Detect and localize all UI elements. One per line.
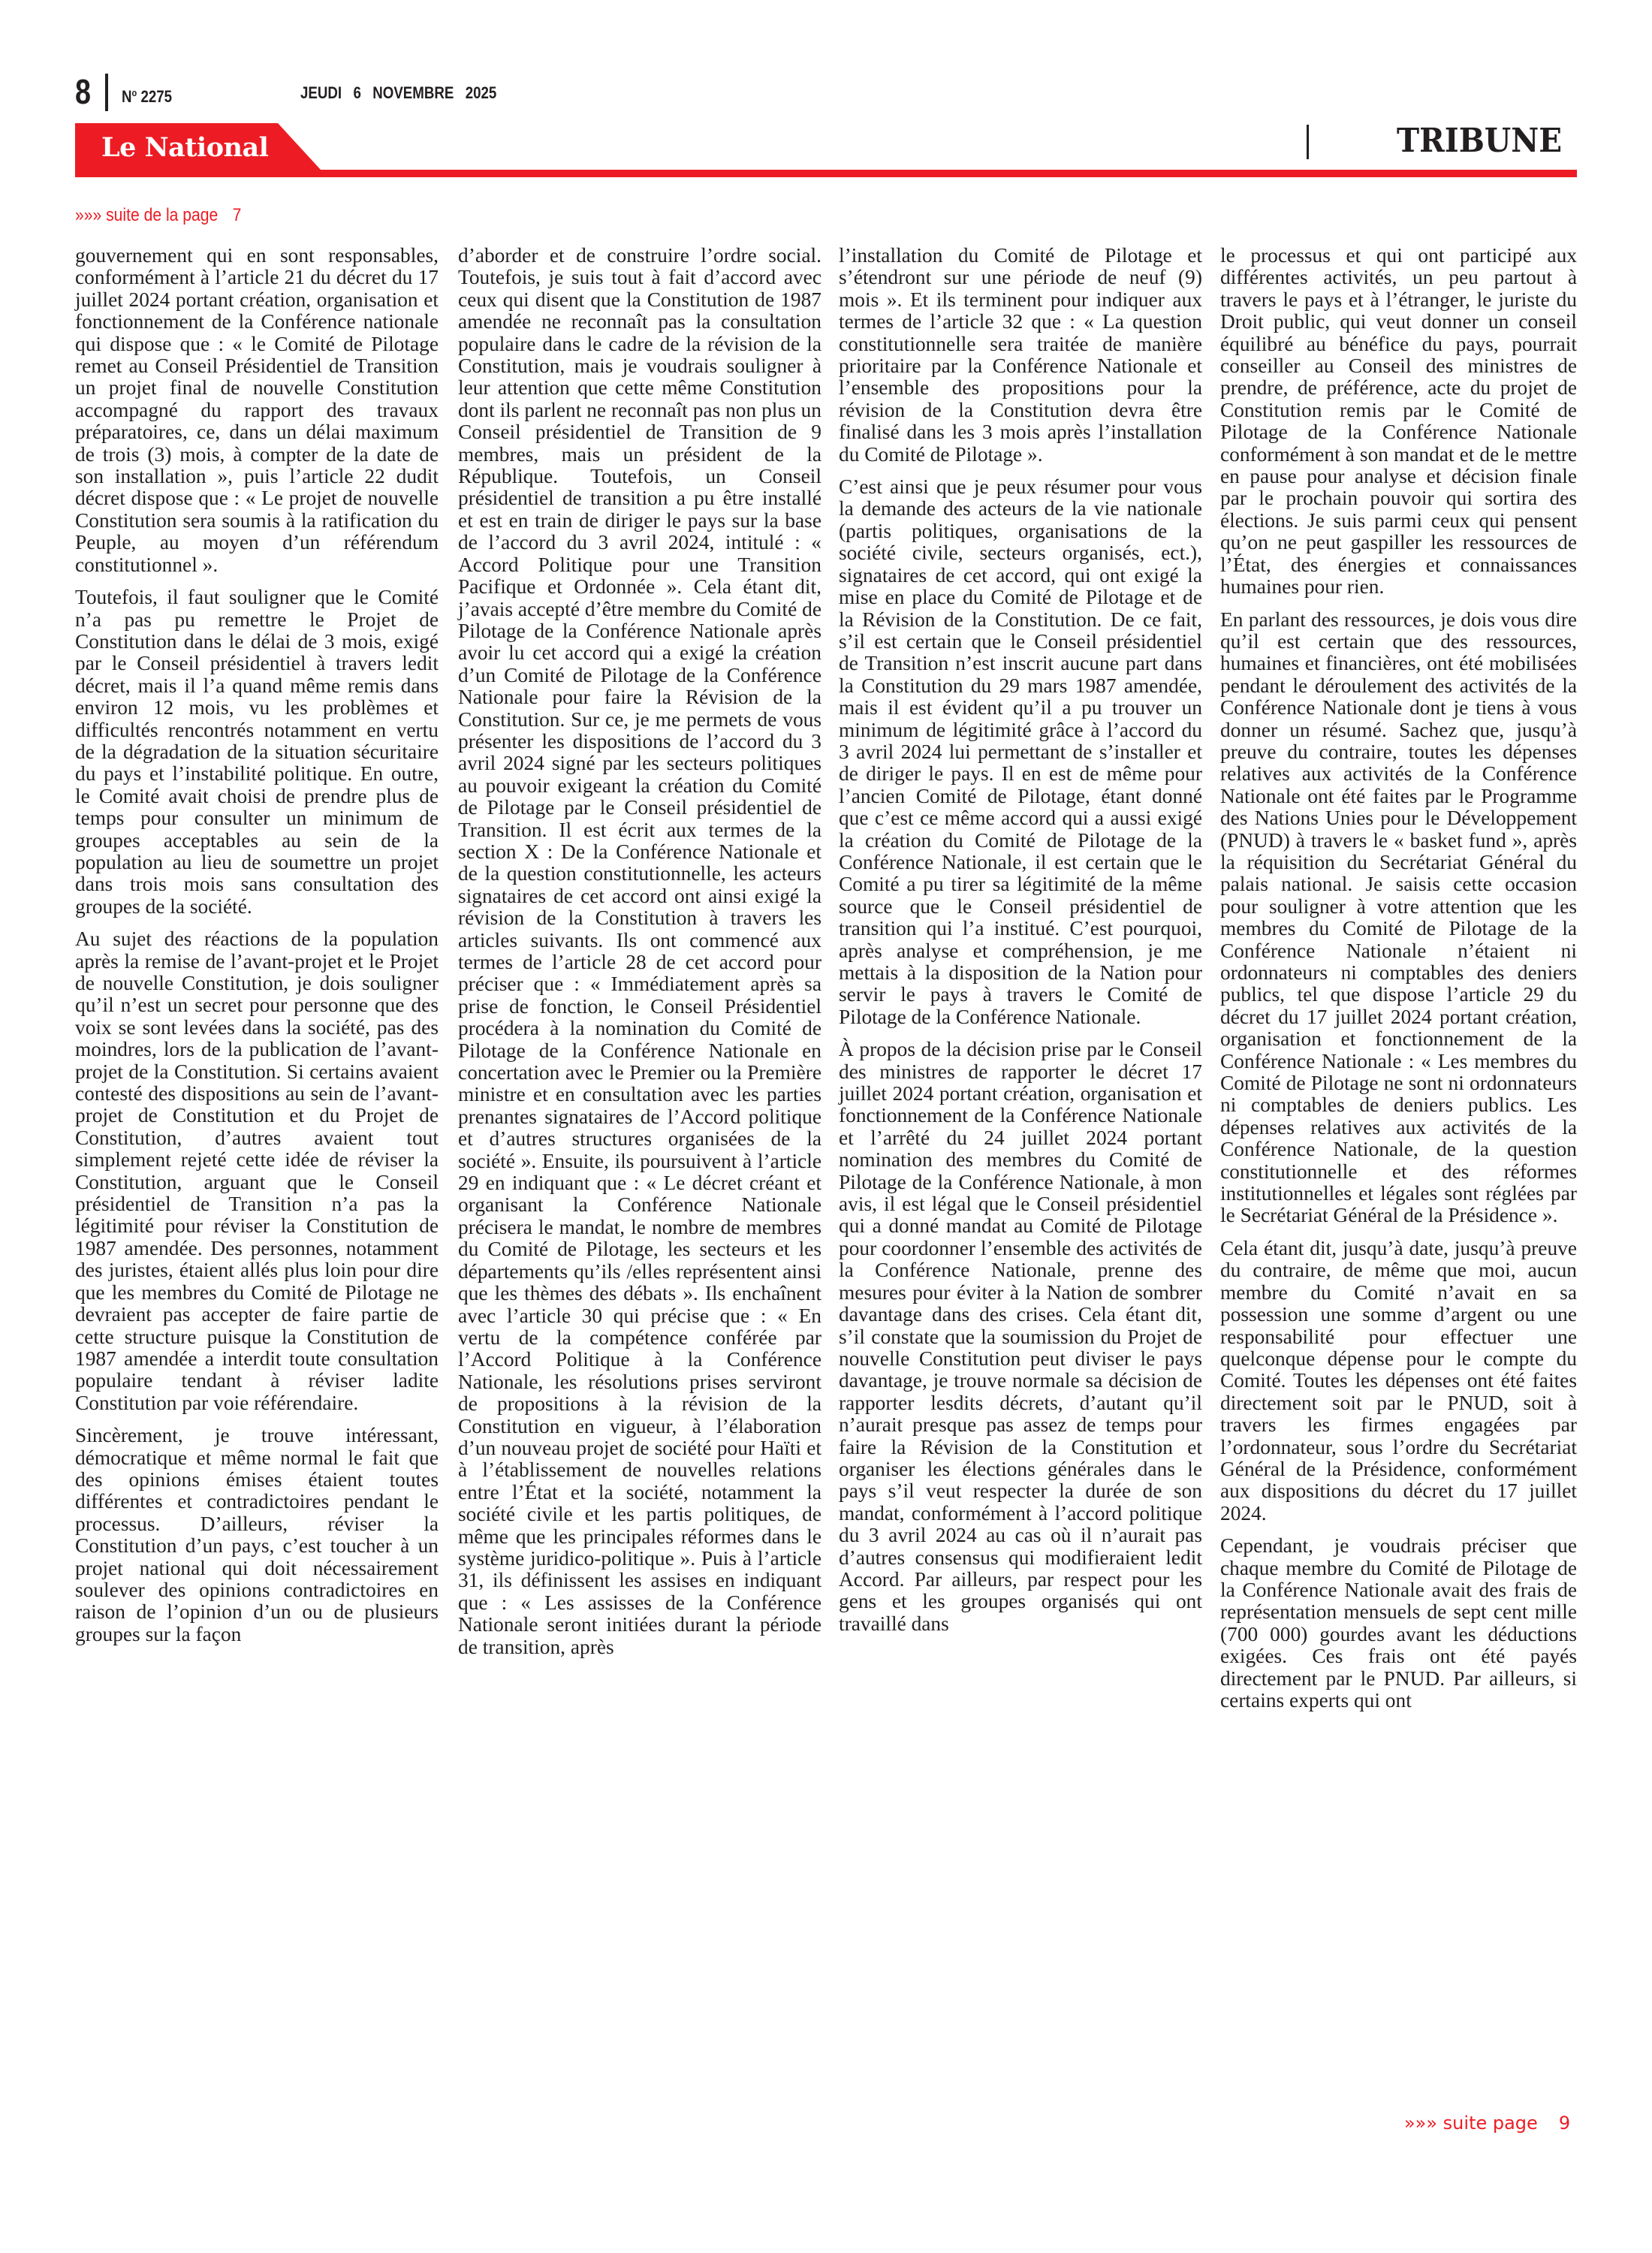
paragraph: Cependant, je voudrais préciser que chaq… — [1220, 1535, 1577, 1712]
masthead-banner: Le National — [75, 123, 1577, 176]
paragraph: C’est ainsi que je peux résumer pour vou… — [839, 476, 1202, 1028]
continued-to-link[interactable]: »»» suite page9 — [1404, 2112, 1570, 2134]
continued-to-page: 9 — [1559, 2113, 1570, 2134]
paragraph: l’installation du Comité de Pilotage et … — [839, 245, 1202, 466]
article-column-2: d’aborder et de construire l’ordre socia… — [458, 245, 821, 1669]
issue-value: 2275 — [140, 87, 172, 106]
paragraph: Sincèrement, je trouve intéressant, démo… — [75, 1425, 439, 1645]
paragraph: gouvernement qui en sont responsables, c… — [75, 245, 439, 576]
article-column-3: l’installation du Comité de Pilotage et … — [839, 245, 1202, 1645]
red-rule — [75, 170, 1577, 177]
paragraph: Toutefois, il faut souligner que le Comi… — [75, 587, 439, 918]
paragraph: En parlant des ressources, je dois vous … — [1220, 609, 1577, 1227]
continued-from-label: »»» suite de la page — [75, 205, 218, 225]
section-title: TRIBUNE — [1397, 122, 1562, 161]
brand-logo: Le National — [101, 132, 268, 164]
publication-date: JEUDI 6 NOVEMBRE 2025 — [300, 83, 496, 104]
newspaper-page: 8 No 2275 JEUDI 6 NOVEMBRE 2025 Le Natio… — [0, 0, 1652, 2253]
page-header: 8 No 2275 JEUDI 6 NOVEMBRE 2025 — [75, 72, 1577, 111]
continued-from-link[interactable]: »»» suite de la page7 — [75, 204, 241, 227]
issue-prefix: N — [122, 87, 132, 106]
issue-number: No 2275 — [122, 83, 172, 107]
continued-to-label: »»» suite page — [1404, 2113, 1538, 2134]
article-column-1: gouvernement qui en sont responsables, c… — [75, 245, 439, 1656]
page-number-divider — [105, 74, 108, 111]
continued-from-page: 7 — [233, 205, 242, 225]
paragraph: le processus et qui ont participé aux di… — [1220, 245, 1577, 599]
issue-prefix-sup: o — [132, 87, 137, 98]
paragraph: À propos de la décision prise par le Con… — [839, 1039, 1202, 1635]
page-number: 8 — [75, 72, 91, 111]
paragraph: Au sujet des réactions de la population … — [75, 928, 439, 1414]
paragraph: d’aborder et de construire l’ordre socia… — [458, 245, 821, 1658]
paragraph: Cela étant dit, jusqu’à date, jusqu’à pr… — [1220, 1238, 1577, 1525]
article-column-4: le processus et qui ont participé aux di… — [1220, 245, 1577, 1722]
section-divider — [1307, 125, 1309, 159]
